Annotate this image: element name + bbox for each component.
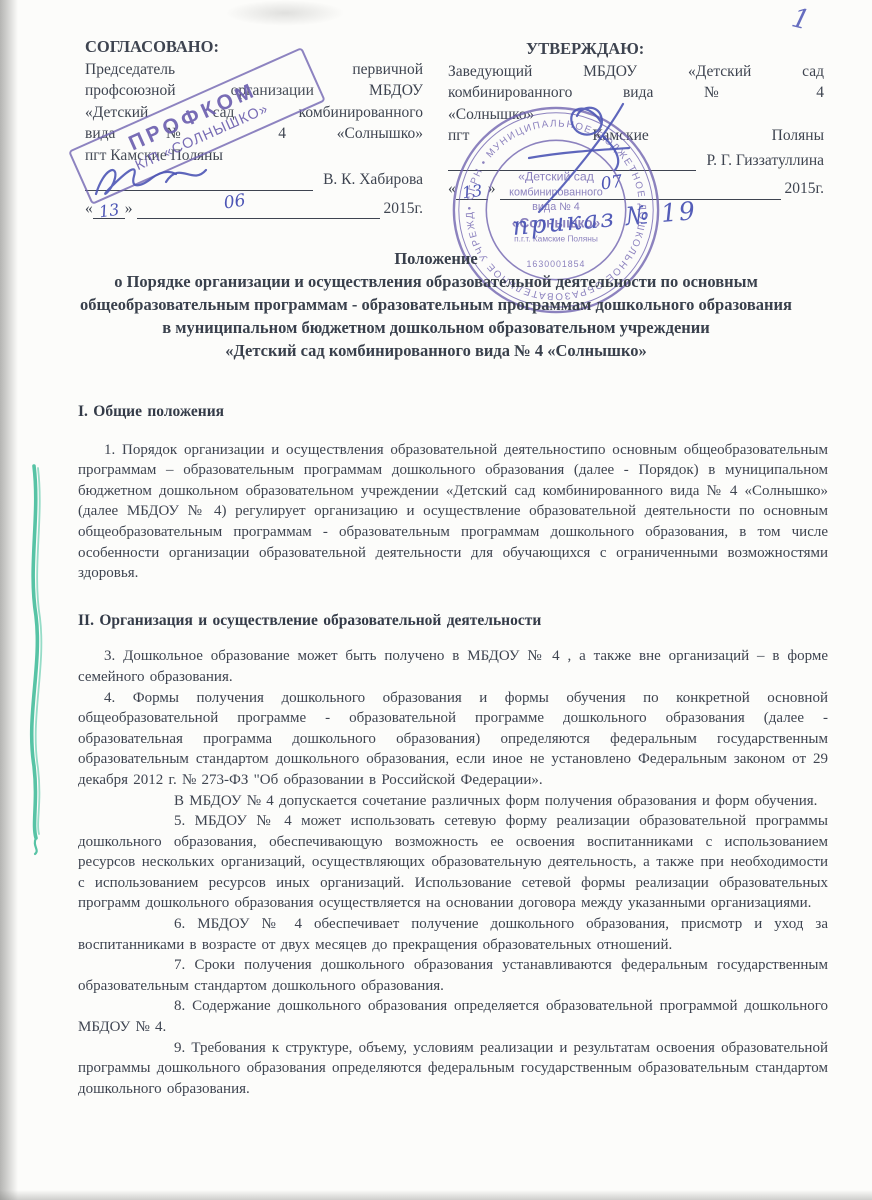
binding-thread [16,458,60,858]
signatory-name: Р. Г. Гиззатуллина [696,150,824,172]
scanned-document-page: 1 СОГЛАСОВАНО: Председатель первичной пр… [0,0,872,1200]
title-line: в муниципальном бюджетном дошкольном обр… [40,316,832,339]
scan-edge-shadow-bottom [0,1190,872,1200]
signature-ink-left [88,156,238,211]
paragraph-4: 4. Формы получения дошкольного образован… [78,688,828,791]
paragraph-9: 9. Требования к структуре, объему, услов… [78,1038,828,1100]
title-line: о Порядке организации и осуществления об… [40,270,832,293]
approval-right-line: Заведующий МБДОУ «Детский сад [448,61,824,83]
title-line: Положение [40,247,832,270]
date-year: 2015г. [384,198,423,220]
paragraph-8: 8. Содержание дошкольного образования оп… [78,996,828,1037]
paragraph-5: 5. МБДОУ № 4 может использовать сетевую … [78,811,828,914]
paragraph-6: 6. МБДОУ № 4 обеспечивает получение дошк… [78,914,828,955]
paragraph-3: 3. Дошкольное образование может быть пол… [78,646,828,687]
paragraph-4b: В МБДОУ № 4 допускается сочетание различ… [78,791,828,812]
document-title: Положение о Порядке организации и осущес… [40,247,832,362]
signatory-name: В. К. Хабирова [313,169,423,191]
paragraph-7: 7. Сроки получения дошкольного образован… [78,955,828,996]
document-body: I. Общие положения 1. Порядок организаци… [78,402,828,1099]
paragraph-1: 1. Порядок организации и осуществления о… [78,440,828,584]
section-heading-2: II. Организация и осуществление образова… [78,611,828,632]
approval-left-title: СОГЛАСОВАНО: [85,36,423,58]
section-heading-1: I. Общие положения [78,402,828,423]
date-year: 2015г. [785,178,824,200]
approval-right-title: УТВЕРЖДАЮ: [448,38,824,60]
title-line: общеобразовательным программам - образов… [40,293,832,316]
scan-smudge [225,0,345,26]
title-line: «Детский сад комбинированного вида № 4 «… [40,339,832,362]
handwritten-page-number: 1 [789,2,813,36]
